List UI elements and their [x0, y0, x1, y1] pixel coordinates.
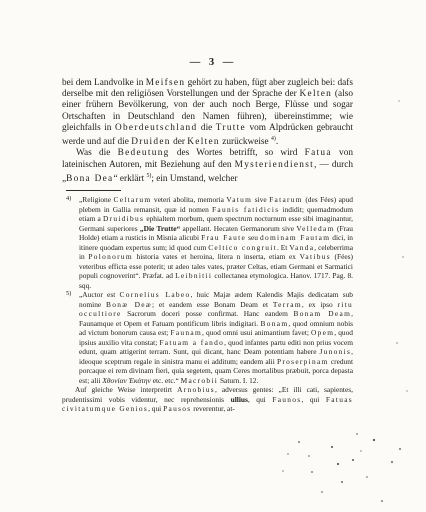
text-segment: historia vates et heroina, litera n inse… [133, 252, 300, 261]
text-segment: Faunis fatidicis [212, 205, 279, 214]
text-segment: Bonæ Deæ [106, 300, 152, 309]
text-segment: “ erklärt [113, 174, 146, 184]
text-segment: sive [252, 195, 269, 204]
footnote: 5)„Auctor est Cornelius Labeo, huic Majæ… [62, 290, 353, 414]
text-segment: Mysteriendienst [235, 160, 314, 170]
text-segment: Velledam [296, 224, 334, 233]
text-segment: Polonorum [88, 252, 133, 261]
text-segment: Saturn. I. 12. [218, 376, 258, 385]
text-segment: , ex ipso [302, 300, 338, 309]
text-segment: Junonis [319, 347, 351, 356]
text-segment: ; ein Umstand, welcher [151, 174, 237, 184]
footnote-paragraph: 5)„Auctor est Cornelius Labeo, huic Majæ… [62, 290, 353, 385]
text-segment: Leibnitii [175, 271, 212, 280]
text-segment: Kelten [187, 137, 220, 147]
paragraph: bei dem Landvolke in Meifsen gehört zu h… [62, 78, 353, 148]
main-text: bei dem Landvolke in Meifsen gehört zu h… [62, 78, 353, 185]
footnotes: 4)„Religione Celtarum veteri abolita, me… [62, 195, 353, 414]
text-segment: Celtarum [114, 195, 152, 204]
text-segment: reverentur, at- [191, 404, 234, 413]
footnote-marker: 5) [66, 289, 71, 299]
text-segment: bei dem Landvolke in [62, 78, 146, 88]
text-segment: des Wortes betrifft, so wird [170, 148, 305, 158]
text-segment: zurückweise [220, 137, 271, 147]
text-segment: Macrobii [181, 376, 219, 385]
content: bei dem Landvolke in Meifsen gehört zu h… [62, 78, 353, 414]
text-segment: Fatua [305, 148, 332, 158]
scan-page: — 3 — bei dem Landvolke in Meifsen gehör… [0, 0, 426, 512]
text-segment: , qui [248, 395, 272, 404]
text-segment: . Et [277, 243, 289, 252]
text-segment: Bonam [261, 319, 289, 328]
text-segment: Terram [273, 300, 302, 309]
text-segment: Vanda [289, 243, 314, 252]
text-segment: Druiden [131, 137, 171, 147]
text-segment: Faunos [272, 395, 301, 404]
text-segment: Bonam Deam [294, 309, 352, 318]
text-segment: Cornelius Labeo [120, 290, 191, 299]
text-segment: Auf gleiche Weise interpretirt [75, 385, 177, 394]
text-segment: ullius [231, 395, 248, 404]
text-segment: Vatibus [300, 252, 331, 261]
text-segment: „Auctor est [79, 290, 120, 299]
text-segment: , quod omni usui animantium favet; [202, 328, 311, 337]
text-segment: Vatum [226, 195, 252, 204]
footnote-marker: 4) [66, 194, 71, 204]
text-segment: „Religione [79, 195, 114, 204]
paragraph: Was die Bedeutung des Wortes betrifft, s… [62, 148, 353, 185]
footnote-paragraph: 4)„Religione Celtarum veteri abolita, me… [62, 195, 353, 290]
text-segment: Celtico congruit [208, 243, 277, 252]
text-segment: „Die Trutte“ [140, 224, 180, 233]
text-segment: ; et eandem esse Bonam Deam et [152, 300, 273, 309]
text-segment: appellant. Hecaten Germanorum sive [180, 224, 296, 233]
text-segment: Sacrorum doceri posse confirmat. Hanc ea… [122, 309, 294, 318]
text-segment: veteri abolita, memoria [151, 195, 226, 204]
text-segment: etc. etc.“ [151, 376, 181, 385]
text-segment: . [276, 137, 278, 147]
text-segment: Fatuam a fando [159, 338, 224, 347]
text-segment: die [197, 123, 215, 133]
text-segment: , qui [148, 404, 163, 413]
text-segment: der [171, 137, 188, 147]
page-number: — 3 — [0, 57, 426, 68]
text-segment: Trutte [216, 123, 246, 133]
text-segment: Χθονίαν Ἑκάτην [102, 376, 150, 385]
text-segment: Druidibus [103, 214, 144, 223]
text-segment: Was die [76, 148, 118, 158]
scan-noise [0, 0, 2, 2]
text-segment: Pausos [163, 404, 191, 413]
text-segment: Meifsen [146, 78, 186, 88]
text-segment: Bona Dea [66, 174, 113, 184]
text-segment: Fatarum [269, 195, 303, 204]
text-segment: Proserpinam [277, 357, 329, 366]
text-segment: seu [246, 233, 260, 242]
text-segment: Arnobius [177, 385, 215, 394]
text-segment: Faunam [170, 328, 202, 337]
text-segment: dominam Fautam [260, 233, 330, 242]
text-segment: Bedeutung [118, 148, 170, 158]
text-segment: Kelten [300, 89, 333, 99]
footnote: 4)„Religione Celtarum veteri abolita, me… [62, 195, 353, 290]
text-segment: Frau Faute [201, 233, 246, 242]
footnote-paragraph: Auf gleiche Weise interpretirt Arnobius,… [62, 385, 353, 414]
text-segment: Oberdeutschland [115, 123, 198, 133]
footnote-separator [66, 190, 121, 191]
text-segment: , qui [301, 395, 325, 404]
text-segment: Opem [311, 328, 334, 337]
